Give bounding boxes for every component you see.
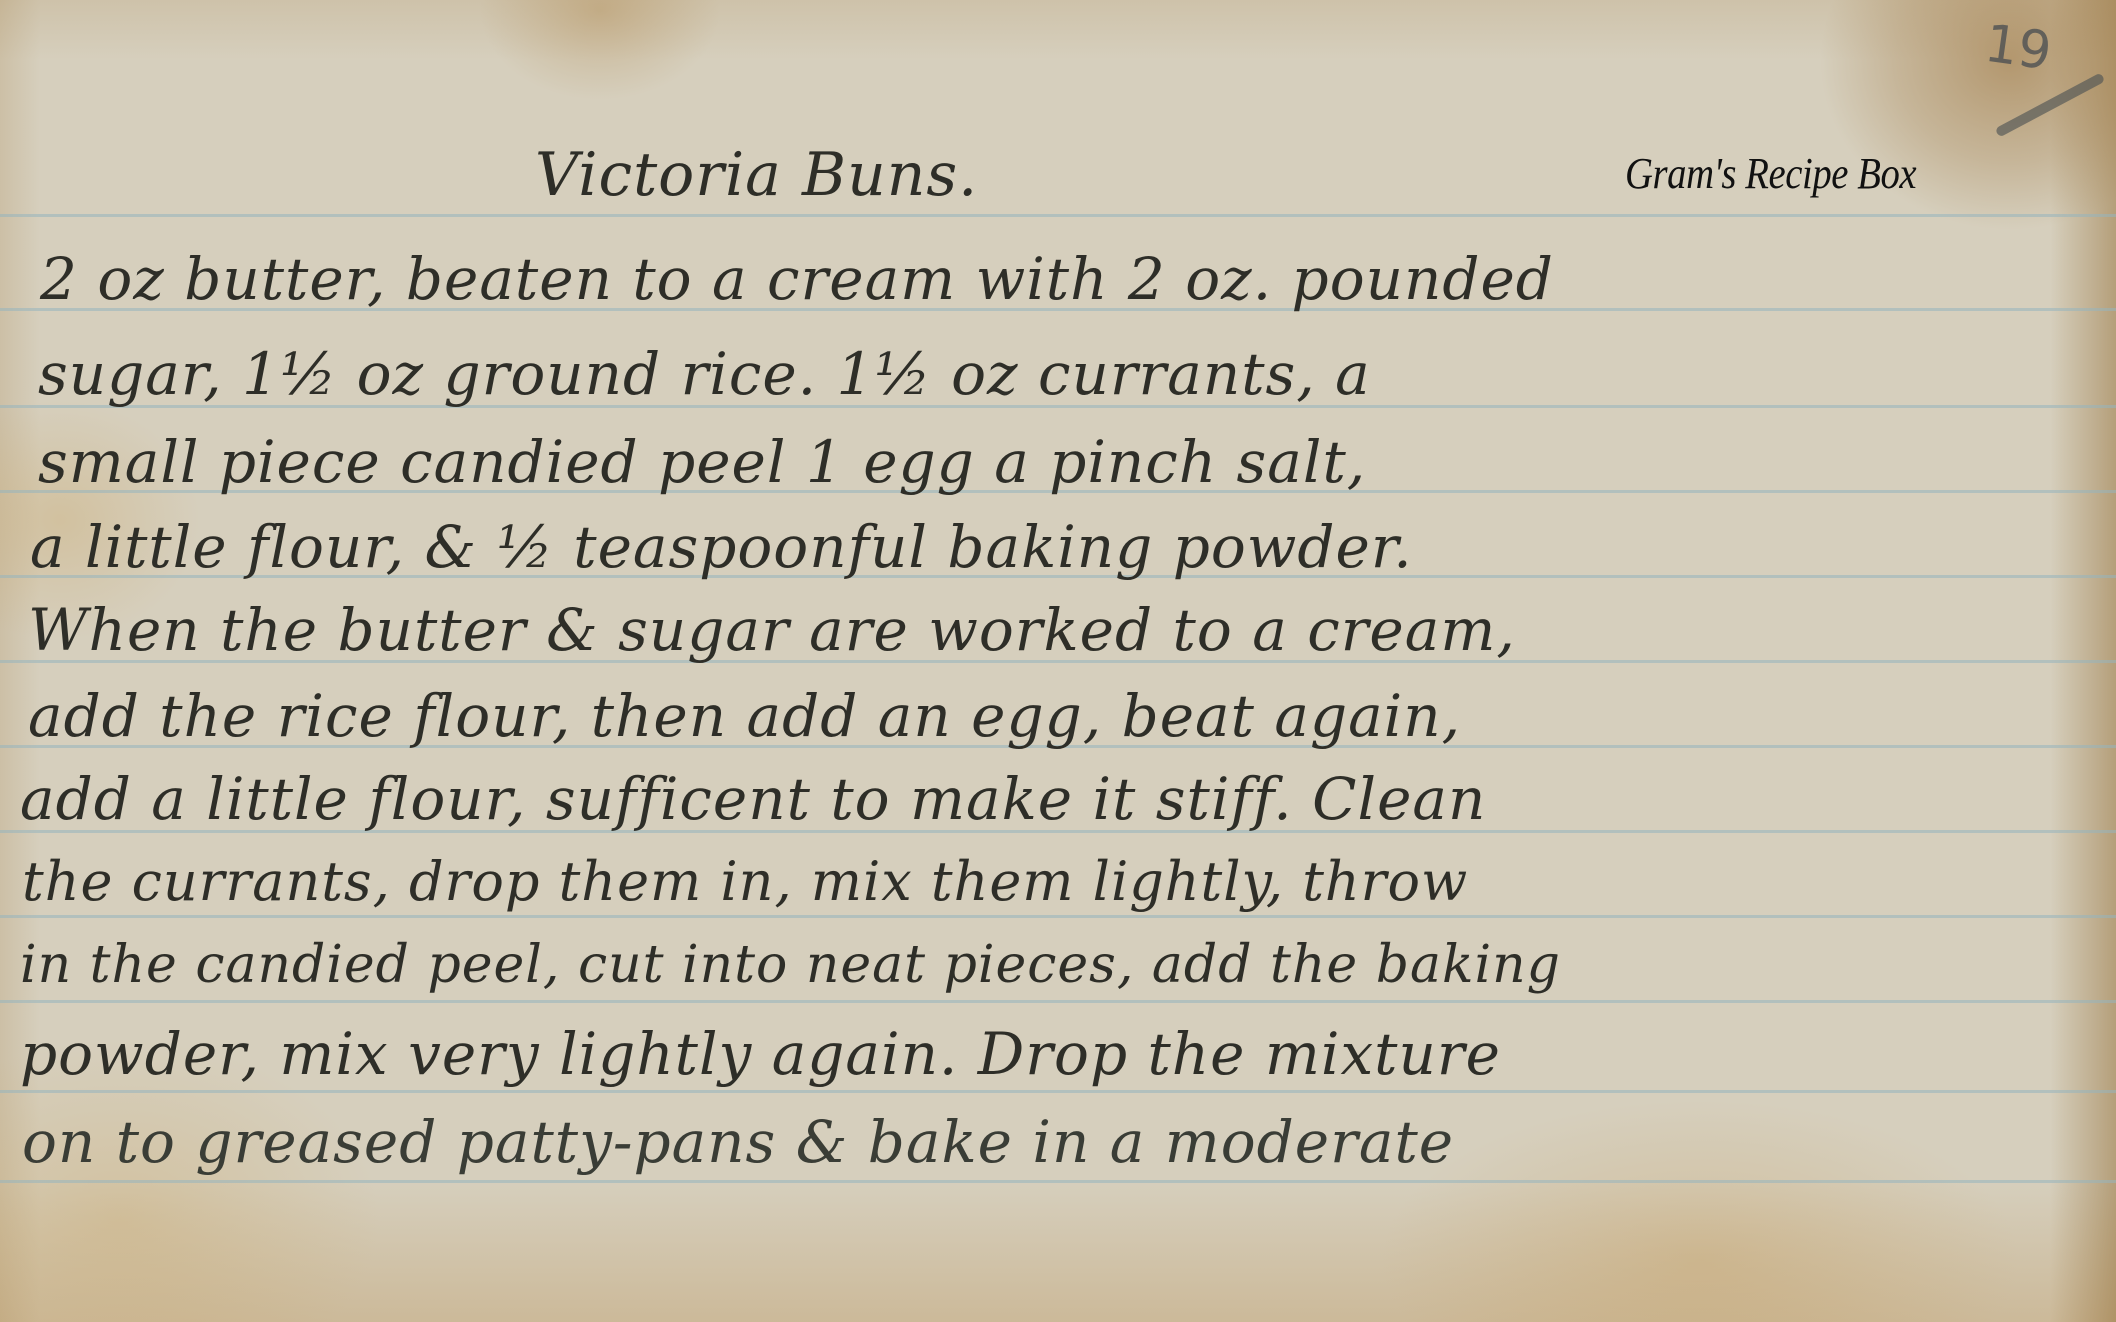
recipe-line: on to greased patty-pans & bake in a mod… [22, 1108, 1454, 1176]
recipe-line: in the candied peel, cut into neat piece… [20, 935, 1561, 995]
ruled-line [0, 1000, 2116, 1003]
recipe-card: 19 Gram's Recipe Box Victoria Buns. 2 oz… [0, 0, 2116, 1322]
recipe-box-watermark: Gram's Recipe Box [1625, 148, 1916, 199]
recipe-line: add the rice flour, then add an egg, bea… [28, 682, 1461, 750]
recipe-line: 2 oz butter, beaten to a cream with 2 oz… [40, 245, 1554, 313]
pen-stroke-mark [1995, 72, 2106, 137]
ruled-line [0, 1090, 2116, 1093]
ruled-line [0, 915, 2116, 918]
recipe-line: a little flour, & ½ teaspoonful baking p… [30, 513, 1413, 581]
recipe-title: Victoria Buns. [535, 140, 978, 210]
ruled-line [0, 214, 2116, 217]
page-number: 19 [1981, 14, 2055, 83]
recipe-line: small piece candied peel 1 egg a pinch s… [38, 428, 1366, 496]
ruled-line [0, 1180, 2116, 1183]
recipe-line: sugar, 1½ oz ground rice. 1½ oz currants… [38, 340, 1371, 408]
recipe-line: the currants, drop them in, mix them lig… [22, 850, 1468, 913]
recipe-line: add a little flour, sufficent to make it… [20, 765, 1486, 833]
recipe-line: powder, mix very lightly again. Drop the… [20, 1020, 1501, 1088]
recipe-line: When the butter & sugar are worked to a … [28, 596, 1516, 664]
